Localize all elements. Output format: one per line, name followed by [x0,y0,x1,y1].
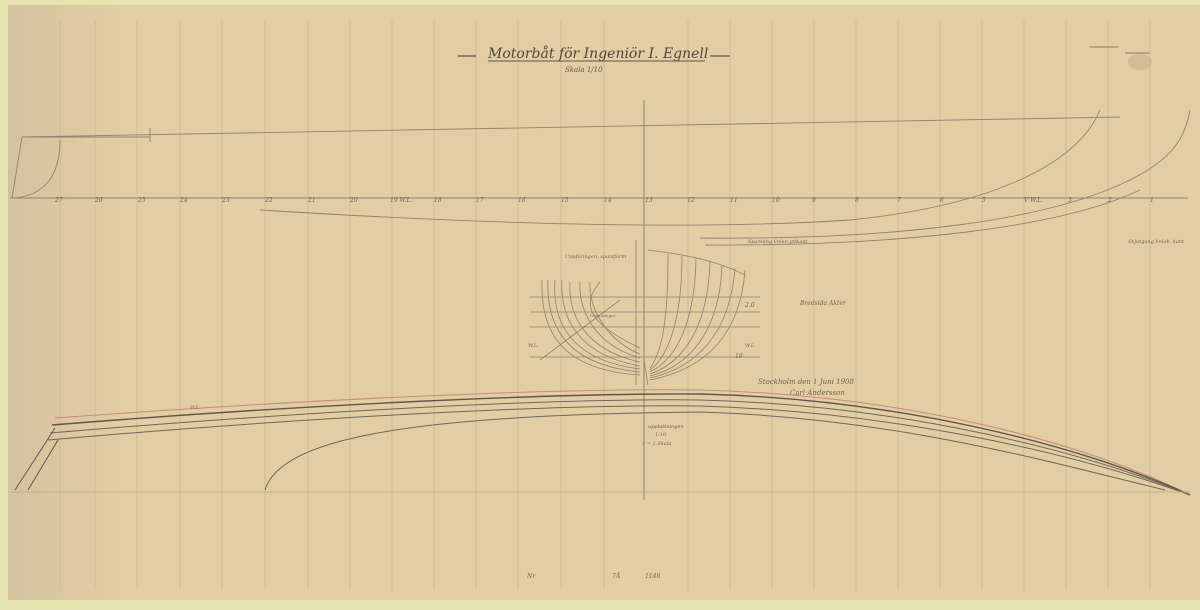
svg-text:12: 12 [687,197,695,204]
svg-text:20: 20 [349,197,358,204]
svg-text:13: 13 [645,197,653,204]
half-breadth-plan [10,390,1190,495]
svg-text:24: 24 [179,197,188,204]
archive-mark-number: 1148 [645,573,660,580]
drawing-title: Motorbåt för Ingeniör I. Egnell [487,45,708,62]
ink-smudge [1090,46,1152,70]
svg-text:11: 11 [730,197,738,204]
svg-text:7: 7 [897,197,901,204]
svg-text:18: 18 [434,197,442,204]
svg-text:V W.L.: V W.L. [1024,197,1043,204]
svg-text:1: 1 [1150,197,1154,204]
half-breadth-note-1: upplattningen [648,424,684,430]
bredsida-akter-annotation: Bredsida Akter [799,300,847,307]
svg-text:9: 9 [812,197,816,204]
scale-label: Skala 1/10 [565,66,603,74]
svg-text:8: 8 [855,197,859,204]
signature-place-date: Stockholm den 1 Juni 1908 [758,378,854,386]
body-plan [530,240,760,385]
svg-text:25: 25 [137,197,146,204]
body-right-18: 18 [735,353,743,360]
svg-text:14: 14 [604,197,612,204]
svg-text:15: 15 [561,197,569,204]
svg-text:2: 2 [1107,197,1112,204]
archive-mark-7a: 7Ä [612,573,621,580]
svg-text:22: 22 [264,197,273,204]
svg-text:17: 17 [476,197,484,204]
sheer-plan [10,110,1190,245]
svg-text:10: 10 [772,197,780,204]
svg-text:5: 5 [982,197,986,204]
annotation-skjutgang: Skjutgang linieb. kant [1128,239,1185,245]
annotation-spanning: Spanning linien yttkant [748,239,809,245]
body-left-wl: W.L. [528,343,539,349]
svg-text:16: 16 [518,197,526,204]
title-block: Motorbåt för Ingeniör I. Egnell Skala 1/… [458,45,730,74]
svg-text:21: 21 [307,197,316,204]
half-breadth-wl: W.L. [190,405,201,411]
lines-plan-drawing: Motorbåt för Ingeniör I. Egnell Skala 1/… [8,5,1200,600]
body-center-label: Utan kanger [590,313,617,318]
svg-text:23: 23 [221,197,230,204]
svg-text:19 W.L.: 19 W.L. [390,197,413,204]
drawing-sheet: Motorbåt för Ingeniör I. Egnell Skala 1/… [8,5,1200,600]
archive-mark-nr: Nr [526,573,536,580]
body-right-20: 2.0 [744,302,755,309]
station-grid [60,20,1150,590]
svg-text:3: 3 [1068,197,1072,204]
svg-text:6: 6 [940,197,944,204]
body-plan-title: Uppföringen, spantform [565,254,626,260]
half-breadth-note-2: 1:10 [655,432,667,438]
svg-text:27: 27 [54,197,63,204]
half-breadth-note-3: 1 = 1 Skala [642,441,671,447]
svg-text:26: 26 [94,197,103,204]
body-right-wl: W.L. [745,343,756,349]
